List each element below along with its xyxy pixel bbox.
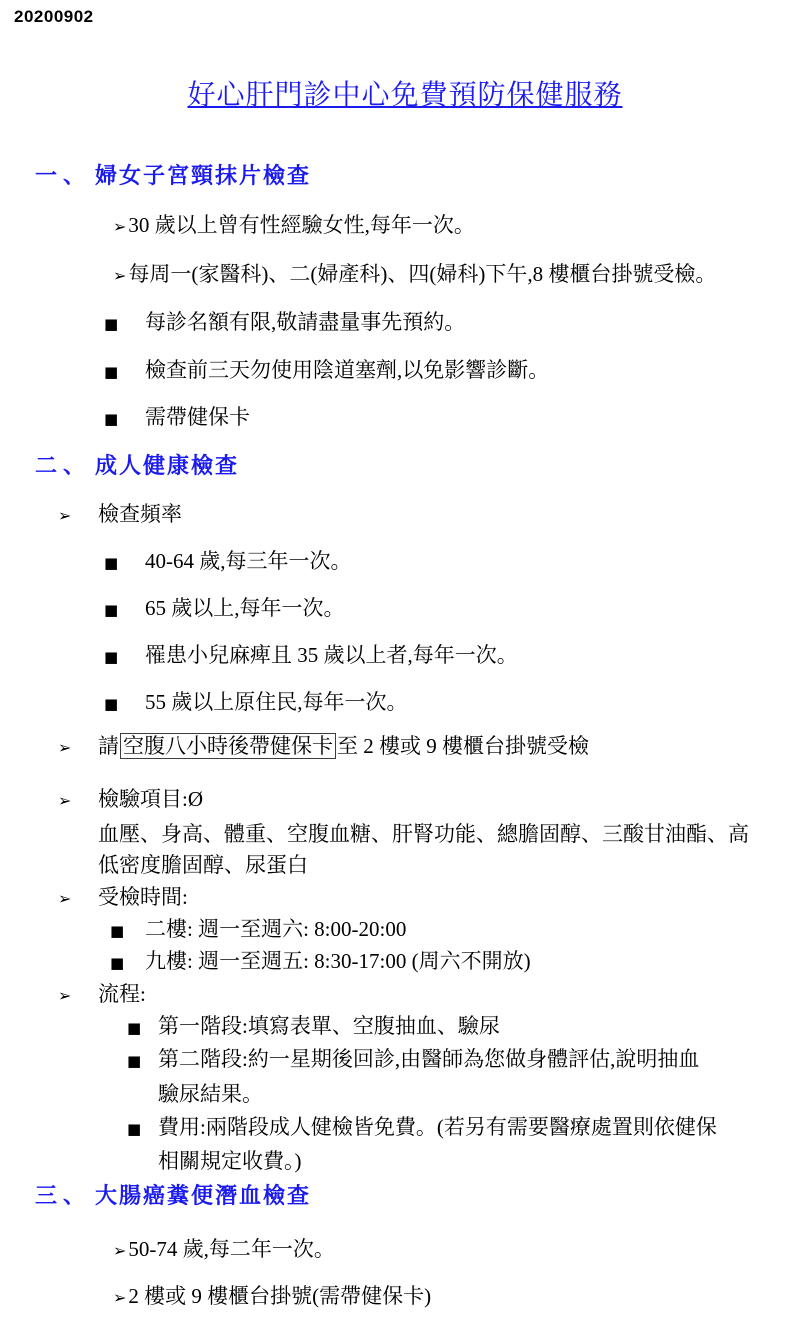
list-item: ■罹患小兒麻痺且 35 歲以上者,每年一次。 xyxy=(104,642,518,669)
list-item-text: 二樓: 週一至週六: 8:00-20:00 xyxy=(145,917,406,941)
square-bullet-icon: ■ xyxy=(104,315,145,335)
square-bullet-icon: ■ xyxy=(127,1120,158,1140)
list-item: ■檢查前三天勿使用陰道塞劑,以免影響診斷。 xyxy=(104,357,549,384)
list-item-text: 55 歲以上原住民,每年一次。 xyxy=(145,690,408,714)
boxed-text-segment: 空腹八小時後帶健保卡 xyxy=(120,733,336,759)
arrowhead-bullet-icon: ➢ xyxy=(58,986,98,1007)
arrowhead-bullet-icon: ➢ xyxy=(58,506,98,527)
list-item-continuation: 血壓、身高、體重、空腹血糖、肝腎功能、總膽固醇、三酸甘油酯、高 xyxy=(98,821,749,848)
section-heading-3: 三、大腸癌糞便潛血檢查 xyxy=(0,1182,311,1211)
list-item-text-suffix: 至 2 樓或 9 樓櫃台掛號受檢 xyxy=(337,734,589,758)
list-item: ■40-64 歲,每三年一次。 xyxy=(104,548,352,575)
section-number: 一、 xyxy=(35,162,95,191)
list-item: ■65 歲以上,每年一次。 xyxy=(104,595,345,622)
document-date: 20200902 xyxy=(14,6,94,28)
list-item: ■第二階段:約一星期後回診,由醫師為您做身體評估,說明抽血 xyxy=(127,1046,699,1073)
arrowhead-bullet-icon: ➢ xyxy=(113,1241,126,1260)
list-item-text: 檢查前三天勿使用陰道塞劑,以免影響診斷。 xyxy=(145,358,549,382)
square-bullet-icon: ■ xyxy=(127,1052,158,1072)
list-item-text: 需帶健保卡 xyxy=(145,405,250,429)
list-item-continuation: 低密度膽固醇、尿蛋白 xyxy=(98,852,308,879)
list-item: ■第一階段:填寫表單、空腹抽血、驗尿 xyxy=(127,1013,500,1040)
section-number: 二、 xyxy=(35,452,95,481)
square-bullet-icon: ■ xyxy=(104,363,145,383)
square-bullet-icon: ■ xyxy=(104,410,145,430)
square-bullet-icon: ■ xyxy=(110,954,145,974)
list-item-continuation: 驗尿結果。 xyxy=(158,1081,263,1108)
list-item-text: 2 樓或 9 樓櫃台掛號(需帶健保卡) xyxy=(128,1284,431,1308)
arrowhead-bullet-icon: ➢ xyxy=(58,791,98,812)
list-item-text-prefix: 請 xyxy=(98,734,119,758)
list-item-text: 第一階段:填寫表單、空腹抽血、驗尿 xyxy=(158,1014,500,1038)
list-item-text: 費用:兩階段成人健檢皆免費。(若另有需要醫療處置則依健保 xyxy=(158,1115,717,1139)
arrowhead-bullet-icon: ➢ xyxy=(113,217,126,236)
arrowhead-bullet-icon: ➢ xyxy=(113,266,126,285)
square-bullet-icon: ■ xyxy=(104,601,145,621)
list-item-text: 每診名額有限,敬請盡量事先預約。 xyxy=(145,310,465,334)
list-item: ■九樓: 週一至週五: 8:30-17:00 (周六不開放) xyxy=(110,948,531,975)
square-bullet-icon: ■ xyxy=(104,554,145,574)
list-item-text: 第二階段:約一星期後回診,由醫師為您做身體評估,說明抽血 xyxy=(158,1047,699,1071)
list-item-text: 檢驗項目:Ø xyxy=(98,787,203,811)
list-item: ■55 歲以上原住民,每年一次。 xyxy=(104,689,408,716)
list-item: ➢流程: xyxy=(58,981,146,1008)
list-item-text: 罹患小兒麻痺且 35 歲以上者,每年一次。 xyxy=(145,643,518,667)
arrowhead-bullet-icon: ➢ xyxy=(58,889,98,910)
list-item-text: 流程: xyxy=(98,982,146,1006)
square-bullet-icon: ■ xyxy=(127,1019,158,1039)
list-item-text: 50-74 歲,每二年一次。 xyxy=(128,1237,335,1261)
section-title: 成人健康檢查 xyxy=(95,453,239,478)
square-bullet-icon: ■ xyxy=(110,922,145,942)
document-page: 20200902 好心肝門診中心免費預防保健服務 一、婦女子宮頸抹片檢查 ➢30… xyxy=(0,0,810,1326)
list-item-text: 九樓: 週一至週五: 8:30-17:00 (周六不開放) xyxy=(145,949,531,973)
list-item: ■費用:兩階段成人健檢皆免費。(若另有需要醫療處置則依健保 xyxy=(127,1114,717,1141)
list-item: ➢50-74 歲,每二年一次。 xyxy=(113,1236,335,1263)
list-item: ➢30 歲以上曾有性經驗女性,每年一次。 xyxy=(113,212,475,239)
page-title: 好心肝門診中心免費預防保健服務 xyxy=(0,78,810,114)
list-item-text: 40-64 歲,每三年一次。 xyxy=(145,549,352,573)
section-number: 三、 xyxy=(35,1182,95,1211)
list-item: ■二樓: 週一至週六: 8:00-20:00 xyxy=(110,916,406,943)
list-item: ➢檢查頻率 xyxy=(58,501,182,528)
list-item-text: 每周一(家醫科)、二(婦產科)、四(婦科)下午,8 樓櫃台掛號受檢。 xyxy=(128,262,716,286)
section-title: 大腸癌糞便潛血檢查 xyxy=(95,1183,311,1208)
list-item-boxed: ➢請空腹八小時後帶健保卡至 2 樓或 9 樓櫃台掛號受檢 xyxy=(58,733,589,760)
list-item: ■每診名額有限,敬請盡量事先預約。 xyxy=(104,309,465,336)
list-item: ➢每周一(家醫科)、二(婦產科)、四(婦科)下午,8 樓櫃台掛號受檢。 xyxy=(113,261,716,288)
list-item-continuation: 相關規定收費。) xyxy=(158,1148,302,1175)
section-heading-1: 一、婦女子宮頸抹片檢查 xyxy=(0,162,311,191)
list-item-text: 65 歲以上,每年一次。 xyxy=(145,596,345,620)
list-item: ➢受檢時間: xyxy=(58,884,188,911)
list-item: ➢2 樓或 9 樓櫃台掛號(需帶健保卡) xyxy=(113,1283,431,1310)
list-item: ■需帶健保卡 xyxy=(104,404,250,431)
square-bullet-icon: ■ xyxy=(104,648,145,668)
square-bullet-icon: ■ xyxy=(104,695,145,715)
list-item-text: 檢查頻率 xyxy=(98,502,182,526)
arrowhead-bullet-icon: ➢ xyxy=(58,738,98,759)
list-item-text: 受檢時間: xyxy=(98,885,188,909)
arrowhead-bullet-icon: ➢ xyxy=(113,1288,126,1307)
section-heading-2: 二、成人健康檢查 xyxy=(0,452,239,481)
list-item-text: 30 歲以上曾有性經驗女性,每年一次。 xyxy=(128,213,475,237)
section-title: 婦女子宮頸抹片檢查 xyxy=(95,163,311,188)
list-item: ➢檢驗項目:Ø xyxy=(58,786,203,813)
